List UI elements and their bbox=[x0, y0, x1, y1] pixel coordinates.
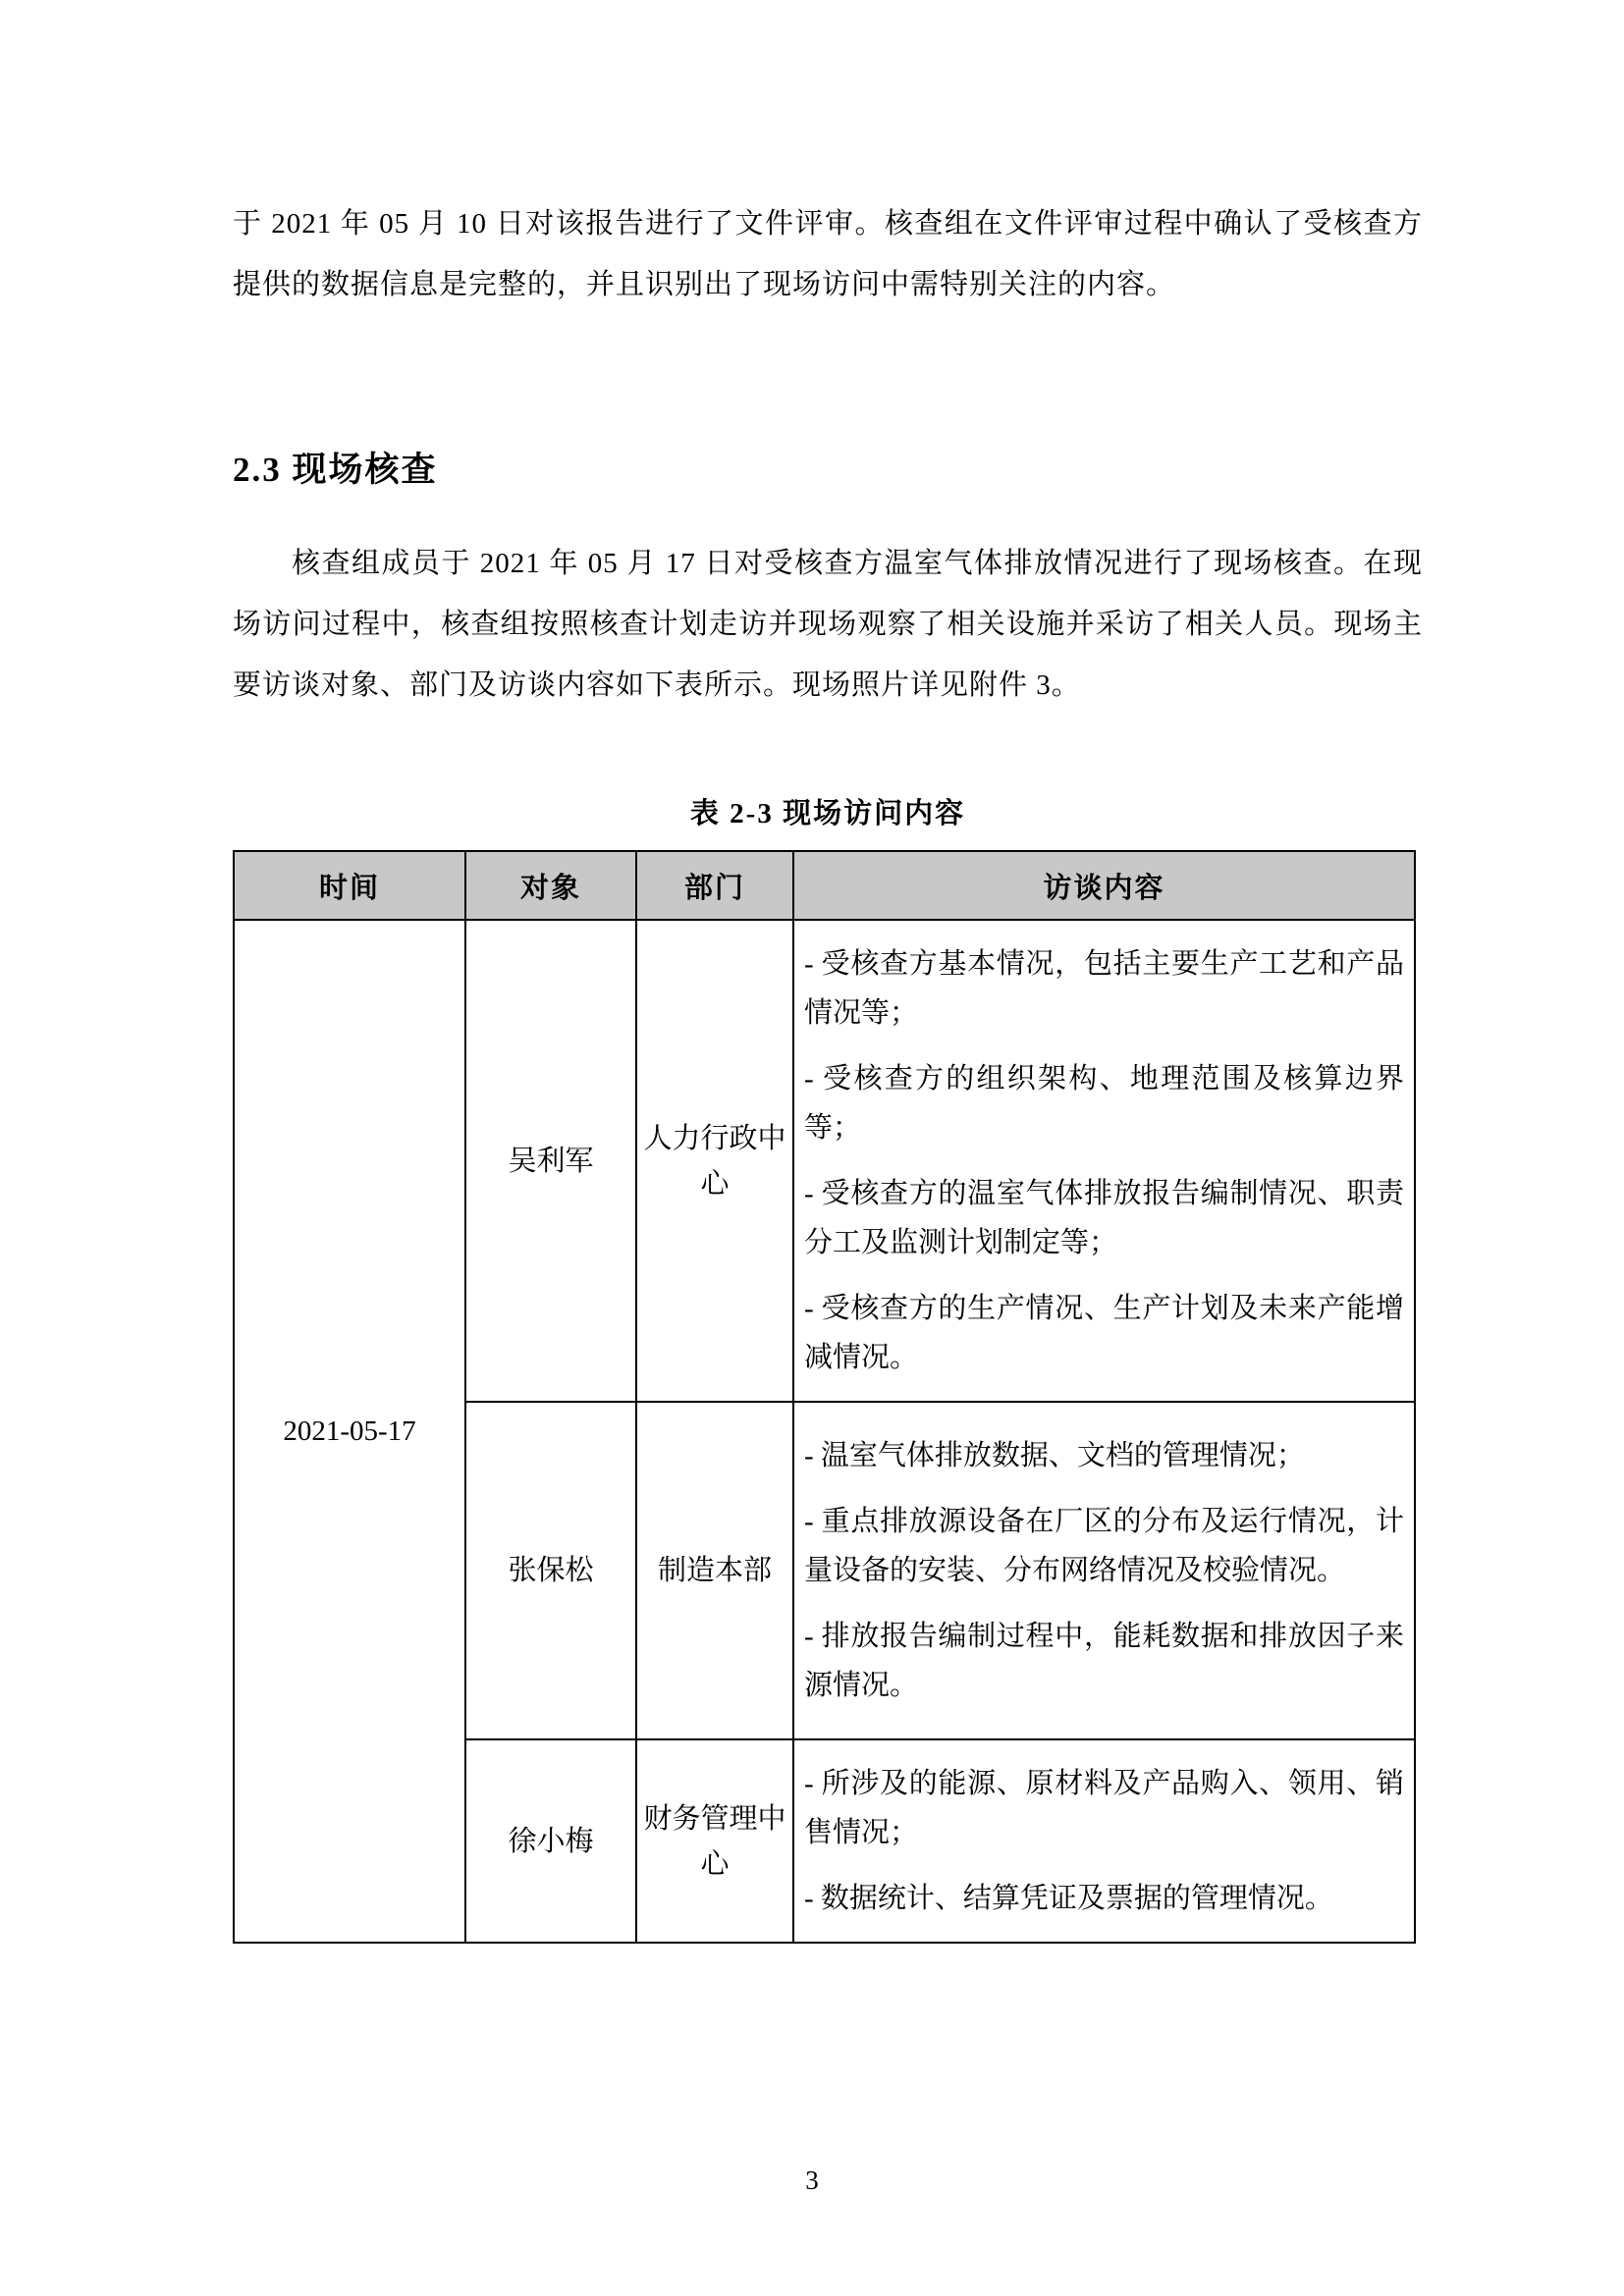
person-cell: 张保松 bbox=[465, 1402, 636, 1739]
date-cell: 2021-05-17 bbox=[234, 920, 465, 1943]
header-cell-person: 对象 bbox=[465, 851, 636, 920]
site-visit-paragraph: 核查组成员于 2021 年 05 月 17 日对受核查方温室气体排放情况进行了现… bbox=[233, 533, 1423, 716]
interview-topic: - 受核查方的组织架构、地理范围及核算边界等； bbox=[804, 1054, 1404, 1152]
interview-topic: - 受核查方的温室气体排放报告编制情况、职责分工及监测计划制定等； bbox=[804, 1169, 1404, 1267]
topics-cell: - 温室气体排放数据、文档的管理情况； - 重点排放源设备在厂区的分布及运行情况… bbox=[793, 1402, 1415, 1739]
page-number: 3 bbox=[0, 2165, 1624, 2196]
department-cell: 人力行政中心 bbox=[636, 920, 793, 1402]
interview-topic: - 受核查方基本情况，包括主要生产工艺和产品情况等； bbox=[804, 939, 1404, 1038]
header-cell-content: 访谈内容 bbox=[793, 851, 1415, 920]
visit-table: 时间 对象 部门 访谈内容 2021-05-17 吴利军 人力行政中心 - 受核… bbox=[233, 850, 1416, 1944]
table-row: 2021-05-17 吴利军 人力行政中心 - 受核查方基本情况，包括主要生产工… bbox=[234, 920, 1415, 1402]
interview-topic: - 温室气体排放数据、文档的管理情况； bbox=[804, 1431, 1404, 1480]
person-cell: 徐小梅 bbox=[465, 1739, 636, 1943]
document-page: 于 2021 年 05 月 10 日对该报告进行了文件评审。核查组在文件评审过程… bbox=[0, 0, 1624, 2296]
interview-topic: - 所涉及的能源、原材料及产品购入、领用、销售情况； bbox=[804, 1759, 1404, 1857]
table-caption: 表 2-3 现场访问内容 bbox=[233, 791, 1423, 831]
topics-cell: - 所涉及的能源、原材料及产品购入、领用、销售情况； - 数据统计、结算凭证及票… bbox=[793, 1739, 1415, 1943]
department-cell: 制造本部 bbox=[636, 1402, 793, 1739]
person-cell: 吴利军 bbox=[465, 920, 636, 1402]
table-header-row: 时间 对象 部门 访谈内容 bbox=[234, 851, 1415, 920]
interview-topic: - 排放报告编制过程中，能耗数据和排放因子来源情况。 bbox=[804, 1612, 1404, 1710]
header-cell-time: 时间 bbox=[234, 851, 465, 920]
header-cell-department: 部门 bbox=[636, 851, 793, 920]
section-heading: 2.3 现场核查 bbox=[233, 447, 1423, 494]
topics-cell: - 受核查方基本情况，包括主要生产工艺和产品情况等； - 受核查方的组织架构、地… bbox=[793, 920, 1415, 1402]
interview-topic: - 受核查方的生产情况、生产计划及未来产能增减情况。 bbox=[804, 1284, 1404, 1382]
interview-topic: - 数据统计、结算凭证及票据的管理情况。 bbox=[804, 1874, 1404, 1923]
department-cell: 财务管理中心 bbox=[636, 1739, 793, 1943]
continuation-paragraph: 于 2021 年 05 月 10 日对该报告进行了文件评审。核查组在文件评审过程… bbox=[233, 193, 1423, 315]
interview-topic: - 重点排放源设备在厂区的分布及运行情况，计量设备的安装、分布网络情况及校验情况… bbox=[804, 1497, 1404, 1595]
